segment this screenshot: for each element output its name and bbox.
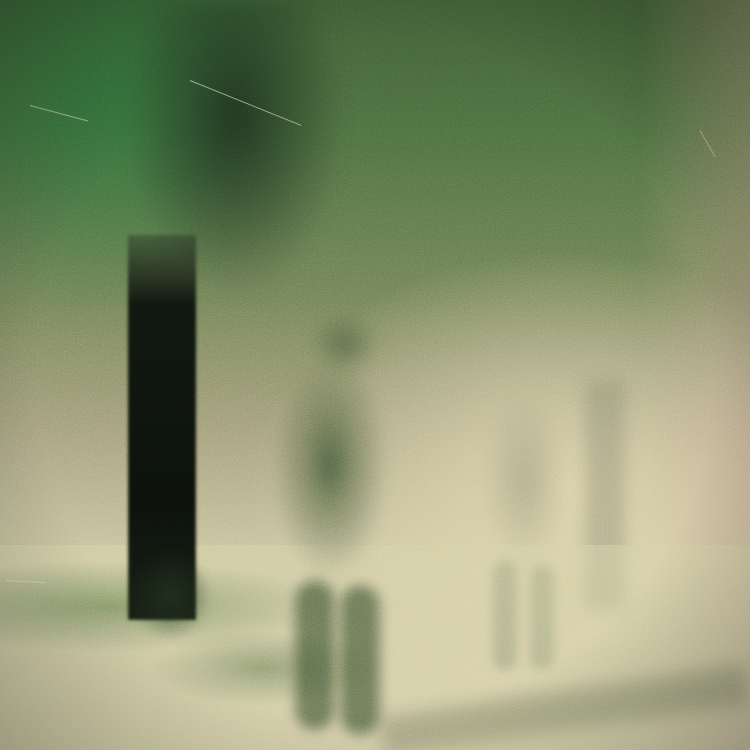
vignette bbox=[0, 0, 750, 750]
photograph: Grainy green-tinted vintage film photogr… bbox=[0, 0, 750, 750]
